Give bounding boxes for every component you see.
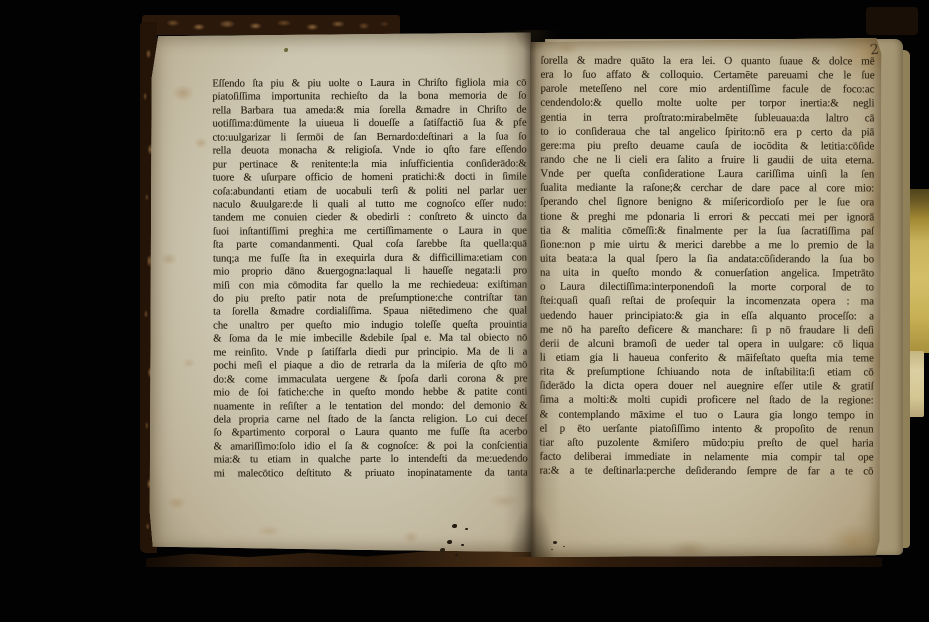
text-line: uita beata:a la qual ſpero la ſia andata…	[540, 252, 874, 267]
text-line: miſi con mia cōmodita far quello la me r…	[213, 278, 527, 293]
text-line: piatoſiſſima importunita rechieſto da la…	[212, 90, 526, 105]
text-line: tione & preghi me pdonaria li errori & p…	[540, 209, 874, 224]
text-line: ſtei:quaſi quaſi reſtai de proſequir la …	[540, 294, 874, 309]
text-line: el p ēto uerſante piatoſiſſimo intento &…	[540, 421, 874, 436]
text-line: tandem me conuien cieder & obedirli : co…	[213, 211, 527, 226]
open-book: Eſſendo ſta piu & piu uolte o Laura in C…	[0, 0, 929, 622]
text-line: li etiam gia li haueua conferito & māife…	[540, 351, 874, 366]
text-line: gere:ma piu preſto deuame cauſa de iocōd…	[540, 138, 874, 153]
ink-speck	[284, 48, 288, 52]
text-line: me reinſito. Vnde p ſatiſfarla diedi pur…	[213, 345, 527, 360]
text-line: & amariſſimo:ſolo idio el ſa & cognoſce:…	[214, 439, 528, 454]
text-line: che unaltro per queſto mio indugio toleſ…	[213, 318, 527, 333]
text-line: tiar aſto puzolente &miſero mūdo:piu pre…	[540, 435, 874, 450]
text-line: rella deuota monacha & religioſa. Vnde i…	[213, 144, 527, 159]
text-line: me nō ha pareſto deficere & manchare: ſi…	[540, 322, 874, 337]
text-line: ſima a molti:& molti cupidi proficere ne…	[540, 393, 874, 408]
text-line: era lo ſuo affato & colloquio. Certamēte…	[540, 68, 874, 83]
text-line: do piu preſto patir nota de preſumptione…	[213, 291, 527, 306]
ink-smudge-right-of-gutter	[553, 541, 557, 544]
binding-corner-top-right	[866, 7, 918, 35]
text-line: coſa:abundanti etiam de uocabuli terſi &…	[213, 184, 527, 199]
text-line: to io conſideraua che tal angelico ſpiri…	[540, 124, 874, 139]
text-line: ra:& a te deſtinarla:perche deſiderando …	[539, 464, 873, 479]
text-line: na uita in queſto mondo & conuerſation a…	[540, 266, 874, 281]
text-line: ſorella & madre quāto la era lei. O quan…	[541, 54, 875, 69]
text-line: facto deliberai immediate in nelamente m…	[539, 449, 873, 464]
text-line: ta ſorella &madre cordialiſſima. Spaua n…	[213, 305, 527, 320]
photo-background: Eſſendo ſta piu & piu uolte o Laura in C…	[0, 0, 929, 622]
text-line: ſione:non p mie uirtu & merici darebbe a…	[540, 237, 874, 252]
text-line: nuamente in reſiſter a le tentation del …	[213, 399, 527, 414]
text-line: ſperando chel ſignore benigno & miſerico…	[540, 195, 874, 210]
text-line: ſiderādo la dicta opera douer nel auegni…	[540, 379, 874, 394]
text-line: tunq;a me fuſſe ſta in exequirla dura & …	[213, 251, 527, 266]
text-line: ſta parte comandanmenti. Qual coſa ſareb…	[213, 238, 527, 253]
text-line: derii de alcuni bramoſi de ueder tal ope…	[540, 336, 874, 351]
text-line: Eſſendo ſta piu & piu uolte o Laura in C…	[212, 76, 526, 91]
text-line: & ſoma da le mie imbecille &debile ſpal …	[213, 332, 527, 347]
text-line: rando che ne li cieli era ſalito a fruir…	[540, 153, 874, 168]
text-line: pur pertinace & renitente:la mia inſuffi…	[213, 157, 527, 172]
binding-top-edge	[142, 15, 400, 35]
text-line: mio de ſoi fatiche:che in queſto mondo h…	[213, 386, 527, 401]
left-page-text: Eſſendo ſta piu & piu uolte o Laura in C…	[212, 76, 527, 480]
text-line: gentia in terra proſtrato:mirabelmēte ſu…	[540, 110, 874, 125]
right-page: 2 ſorella & madre quāto la era lei. O qu…	[531, 38, 882, 557]
text-line: Vnde per queſta conſideratione Laura car…	[540, 167, 874, 182]
ink-smudge-left-of-gutter	[452, 524, 457, 528]
text-line: o Laura dilectiſſima:interponendoſi la m…	[540, 280, 874, 295]
text-line: ſo &partimento corporal o Laura quanto m…	[214, 426, 528, 441]
text-line: uedendo hauer principiato:& gia in eſſa …	[540, 308, 874, 323]
right-page-text: ſorella & madre quāto la era lei. O quan…	[539, 54, 874, 479]
left-page: Eſſendo ſta piu & piu uolte o Laura in C…	[149, 31, 531, 554]
text-line: parole meteſſeno nel core mio ardentiſſi…	[540, 82, 874, 97]
text-line: do:& come immaculata uergene & ſpoſa dar…	[213, 372, 527, 387]
text-line: ſualita mediante la raſone;& cerchar de …	[540, 181, 874, 196]
text-line: rella Barbara tua ameda:& mia ſorella &m…	[212, 103, 526, 118]
text-line: pochi meſi el piaque a dio de retrarla d…	[213, 359, 527, 374]
text-line: mia:& tu etiam in qualche parte lo inten…	[214, 453, 528, 468]
text-line: cto:uulgarizar li ſermōi de ſan Bernardo…	[212, 130, 526, 145]
text-line: ſuoi inſtantiſſimi preghi:a me certiſſim…	[213, 224, 527, 239]
text-line: tuore & uſurpare officio de homeni prati…	[213, 171, 527, 186]
text-line: cendendolo:& quello molte uolte per torp…	[540, 96, 874, 111]
text-line: uotiſſima:dūmente la uiueua li doueſſe a…	[212, 117, 526, 132]
text-line: & contemplando māxime el tuo o Laura gia…	[540, 407, 874, 422]
text-line: naculo &uulgare:de li quali al tutto me …	[213, 197, 527, 212]
text-line: mi malecōtico deſtituto & priuato inopin…	[214, 466, 528, 481]
text-line: rita & preſumptione ſchiuando nota de in…	[540, 365, 874, 380]
text-line: dela propria carne nel ſtado de la ſanct…	[213, 412, 527, 427]
text-line: mio proprio dāno &uergogna:laqual li hau…	[213, 265, 527, 280]
text-line: tia & malitia cōmeſſi:& finalmente per l…	[540, 223, 874, 238]
